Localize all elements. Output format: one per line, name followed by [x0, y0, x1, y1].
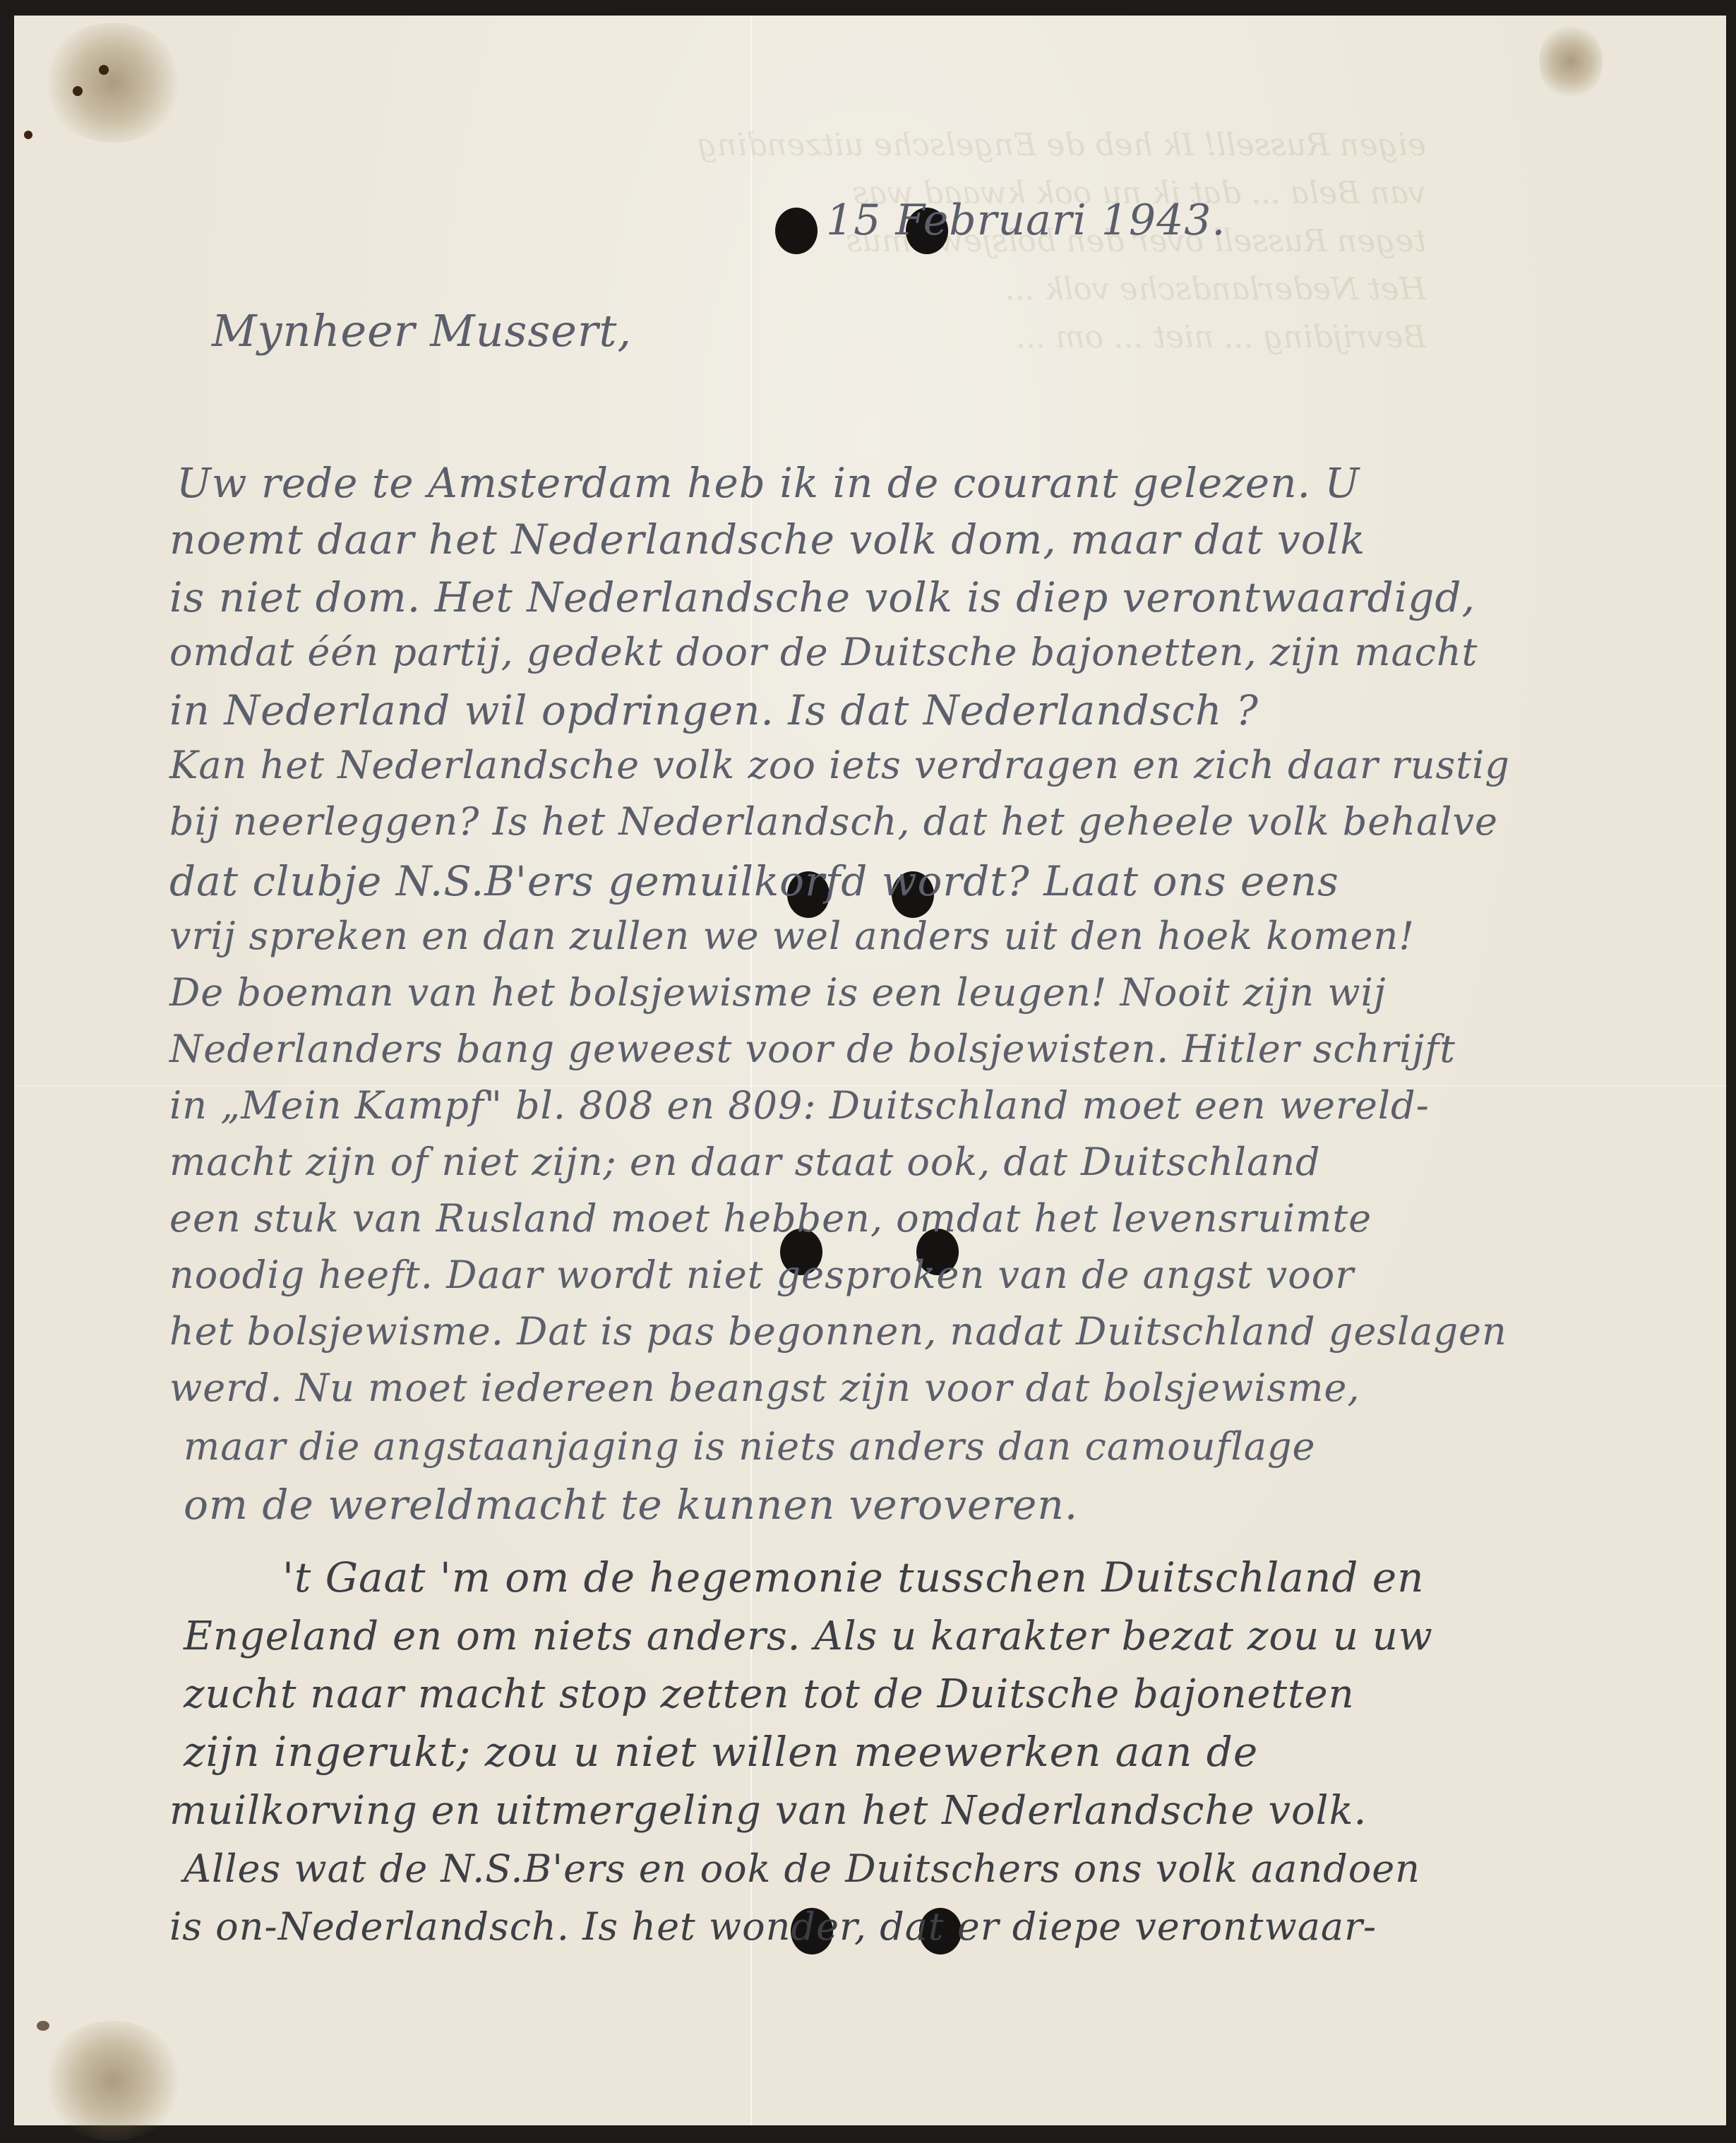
letter-line: muilkorving en uitmergeling van het Nede… — [169, 1788, 1367, 1834]
rust-stain-top-right — [1539, 23, 1603, 100]
letter-salutation: Mynheer Mussert, — [212, 305, 632, 357]
rust-spot — [73, 86, 83, 96]
letter-line: macht zijn of niet zijn; en daar staat o… — [169, 1140, 1321, 1184]
letter-line: zijn ingerukt; zou u niet willen meewerk… — [184, 1728, 1258, 1776]
letter-date: 15 Februari 1943. — [826, 196, 1226, 245]
letter-line: werd. Nu moet iedereen beangst zijn voor… — [169, 1366, 1360, 1410]
letter-line: maar die angstaanjaging is niets anders … — [184, 1424, 1315, 1469]
letter-page: eigen Russell! Ik heb de Engelsche uitze… — [14, 16, 1726, 2125]
letter-line: een stuk van Rusland moet hebben, omdat … — [169, 1196, 1372, 1241]
rust-spot — [37, 2021, 49, 2031]
letter-line: Uw rede te Amsterdam heb ik in de couran… — [176, 459, 1360, 507]
letter-line: noodig heeft. Daar wordt niet gesproken … — [169, 1253, 1354, 1297]
letter-line: vrij spreken en dan zullen we wel anders… — [169, 914, 1415, 958]
letter-line: is niet dom. Het Nederlandsche volk is d… — [169, 573, 1475, 621]
rust-spot — [99, 65, 109, 75]
letter-line: het bolsjewisme. Dat is pas begonnen, na… — [169, 1309, 1507, 1354]
letter-line: bij neerleggen? Is het Nederlandsch, dat… — [169, 799, 1498, 844]
punch-hole — [775, 208, 818, 254]
letter-line: Engeland en om niets anders. Als u karak… — [184, 1613, 1433, 1659]
rust-stain-bottom-left — [42, 2021, 184, 2141]
letter-line: Nederlanders bang geweest voor de bolsje… — [169, 1027, 1456, 1071]
letter-line: De boeman van het bolsjewisme is een leu… — [169, 970, 1387, 1015]
letter-line: Alles wat de N.S.B'ers en ook de Duitsch… — [184, 1846, 1420, 1891]
letter-line: 't Gaat 'm om de hegemonie tusschen Duit… — [282, 1553, 1424, 1601]
rust-stain-top-left — [42, 23, 184, 143]
letter-line: omdat één partij, gedekt door de Duitsch… — [169, 630, 1478, 674]
letter-line: dat clubje N.S.B'ers gemuilkorfd wordt? … — [169, 857, 1339, 905]
letter-line: noemt daar het Nederlandsche volk dom, m… — [169, 515, 1365, 563]
letter-line: zucht naar macht stop zetten tot de Duit… — [184, 1671, 1355, 1717]
letter-line: in „Mein Kampf" bl. 808 en 809: Duitschl… — [169, 1083, 1430, 1128]
letter-line: om de wereldmacht te kunnen veroveren. — [184, 1481, 1078, 1529]
letter-line: is on-Nederlandsch. Is het wonder, dat e… — [169, 1904, 1377, 1949]
letter-line: Kan het Nederlandsche volk zoo iets verd… — [169, 743, 1510, 787]
rust-spot — [24, 131, 32, 139]
letter-line: in Nederland wil opdringen. Is dat Neder… — [169, 686, 1259, 734]
